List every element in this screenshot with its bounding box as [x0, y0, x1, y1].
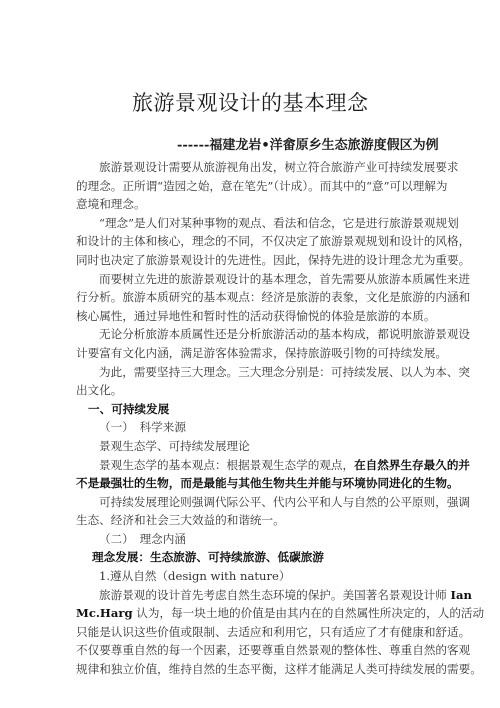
paragraph-line: 只能是认识这些价值或限制、去适应和利用它，只有适应了才有健康和舒适。 — [76, 623, 426, 642]
list-item: 1.遵从自然（design with nature） — [76, 567, 426, 586]
paragraph-line: 不仅要尊重自然的每一个因素，还要尊重自然景观的整体性、尊重自然的客观 — [76, 641, 426, 660]
text-bold: Ian — [451, 588, 472, 602]
paragraph-line: 的理念。正所谓“造园之始，意在笔先”（计成）。而其中的“意”可以理解为 — [76, 177, 426, 196]
text-normal: 认为，每一块土地的价值是由其内在的自然属性所决定的，人的活动 — [133, 606, 485, 620]
paragraph-line: 计要富有文化内涵，满足游客体验需求，保持旅游吸引物的可持续发展。 — [76, 344, 426, 363]
document-page: 旅游景观设计的基本理念 ------福建龙岩•洋畲原乡生态旅游度假区为例 旅游景… — [0, 0, 500, 708]
document-title: 旅游景观设计的基本理念 — [132, 90, 369, 116]
paragraph-line: 景观生态学的基本观点：根据景观生态学的观点，在自然界生存最久的并 — [76, 456, 426, 475]
paragraph-line: “理念”是人们对某种事物的观点、看法和信念，它是进行旅游景观规划 — [76, 214, 426, 233]
paragraph-line: 出文化。 — [76, 381, 426, 400]
text-bold: Mc.Harg — [76, 606, 133, 620]
paragraph-line: 旅游景观设计需要从旅游视角出发，树立符合旅游产业可持续发展要求 — [76, 158, 426, 177]
paragraph-line: 意境和理念。 — [76, 195, 426, 214]
concept-heading: 理念发展：生态旅游、可持续旅游、低碳旅游 — [76, 548, 426, 567]
document-subtitle: ------福建龙岩•洋畲原乡生态旅游度假区为例 — [177, 137, 439, 155]
paragraph-line: Mc.Harg 认为，每一块土地的价值是由其内在的自然属性所决定的，人的活动 — [76, 604, 426, 623]
paragraph-line: 为此，需要坚持三大理念。三大理念分别是：可持续发展、以人为本、突 — [76, 363, 426, 382]
paragraph-line: 而要树立先进的旅游景观设计的基本理念，首先需要从旅游本质属性来进 — [76, 270, 426, 289]
text-normal: 景观生态学的基本观点：根据景观生态学的观点， — [99, 458, 354, 472]
paragraph-line: 生态、经济和社会三大效益的和谐统一。 — [76, 511, 426, 530]
subsection-heading: （一） 科学来源 — [76, 418, 426, 437]
text-bold: 在自然界生存最久的并 — [354, 458, 470, 472]
document-body: 旅游景观设计需要从旅游视角出发，树立符合旅游产业可持续发展要求 的理念。正所谓“… — [76, 158, 426, 679]
paragraph-line: 可持续发展理论则强调代际公平、代内公平和人与自然的公平原则，强调 — [76, 493, 426, 512]
paragraph-line: 无论分析旅游本质属性还是分析旅游活动的基本构成，都说明旅游景观设 — [76, 325, 426, 344]
subsection-heading: （二） 理念内涵 — [76, 530, 426, 549]
paragraph-line: 同时也决定了旅游景观设计的先进性。因此，保持先进的设计理念尤为重要。 — [76, 251, 426, 270]
text-normal: 旅游景观的设计首先考虑自然生态环境的保护。美国著名景观设计师 — [99, 588, 451, 602]
paragraph-line: 核心属性，通过异地性和暂时性的活动获得愉悦的体验是旅游的本质。 — [76, 307, 426, 326]
paragraph-line: 旅游景观的设计首先考虑自然生态环境的保护。美国著名景观设计师 Ian — [76, 586, 426, 605]
paragraph-line: 和设计的主体和核心，理念的不同，不仅决定了旅游景观规划和设计的风格， — [76, 232, 426, 251]
paragraph-line: 景观生态学、可持续发展理论 — [76, 437, 426, 456]
paragraph-line: 行分析。旅游本质研究的基本观点：经济是旅游的表象，文化是旅游的内涵和 — [76, 288, 426, 307]
section-heading: 一、可持续发展 — [76, 400, 426, 419]
paragraph-line: 规律和独立价值，维持自然的生态平衡，这样才能满足人类可持续发展的需要。 — [76, 660, 426, 679]
paragraph-line-bold: 不是最强壮的生物，而是最能与其他生物共生并能与环境协同进化的生物。 — [76, 474, 426, 493]
